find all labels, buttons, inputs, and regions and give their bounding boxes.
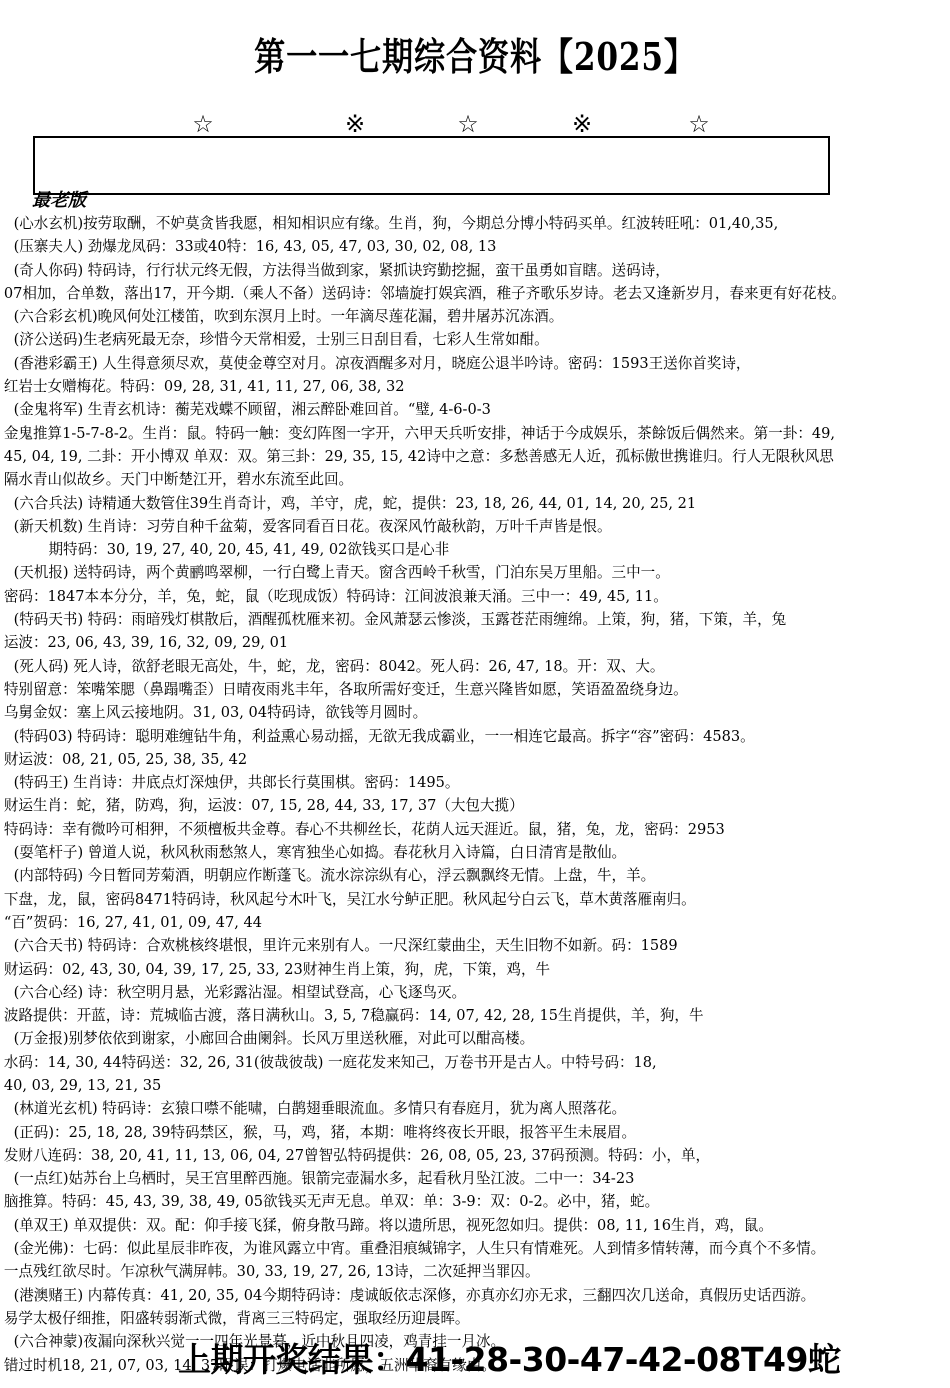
text-line: 波路提供：开蓝，诗：荒城临古渡，落日满秋山。3, 5, 7稳赢码：14, 07,… (0, 1004, 922, 1027)
text-line: (六合心经) 诗：秋空明月悬，光彩露沾湿。相望试登高，心飞逐鸟灭。 (0, 981, 922, 1004)
text-line: (特码王) 生肖诗：井底点灯深烛伊，共郎长行莫围棋。密码：1495。 (0, 771, 922, 794)
text-line: 40, 03, 29, 13, 21, 35 (0, 1074, 922, 1097)
edition-label: 最老版 (32, 190, 86, 212)
text-line: (天机报) 送特码诗，两个黄鹂鸣翠柳，一行白鹭上青天。窗含西岭千秋雪，门泊东吴万… (0, 561, 922, 584)
text-line: 易学太极仔细推，阳盛转弱渐式微，背离三三特码定，强取经历迎晨晖。 (0, 1307, 922, 1330)
text-line: “百”贺码：16, 27, 41, 01, 09, 47, 44 (0, 911, 922, 934)
text-line: (内部特码) 今日暂同芳菊酒，明朝应作断蓬飞。流水淙淙纵有心，浮云飘飘终无情。上… (0, 864, 922, 887)
star-icon: ☆ (188, 110, 218, 138)
text-line: 发财八连码：38, 20, 41, 11, 13, 06, 04, 27曾智弘特… (0, 1144, 922, 1167)
text-line: 期特码：30, 19, 27, 40, 20, 45, 41, 49, 02欲钱… (0, 538, 922, 561)
text-line: 密码：1847本本分分，羊，兔，蛇，鼠（吃现成饭）特码诗：江间波浪兼天涌。三中一… (0, 585, 922, 608)
text-line: 运波：23, 06, 43, 39, 16, 32, 09, 29, 01 (0, 631, 922, 654)
text-line: (正码)：25, 18, 28, 39特码禁区，猴，马，鸡，猪，本期：唯将终夜长… (0, 1121, 922, 1144)
text-line: (金光佛)：七码：似此星辰非昨夜，为谁风露立中宵。重叠泪痕缄锦字，人生只有情难死… (0, 1237, 922, 1260)
star-icon: ☆ (453, 110, 483, 138)
text-line: (一点红)姑苏台上乌栖时，吴王宫里醉西施。银箭完壶漏水多，起看秋月坠江波。二中一… (0, 1167, 922, 1190)
text-line: 财运码：02, 43, 30, 04, 39, 17, 25, 33, 23财神… (0, 958, 922, 981)
text-line: (万金报)别梦依依到谢家，小廊回合曲阑斜。长风万里送秋雁，对此可以酣高楼。 (0, 1027, 922, 1050)
text-line: (林道光玄机) 特码诗：玄猿口噤不能啸，白鹊翅垂眼流血。多情只有春庭月，犹为离人… (0, 1097, 922, 1120)
text-line: 07相加，合单数，落出17，开今期.（乘人不备）送码诗：邻墙旋打娱宾酒，稚子齐歌… (0, 282, 922, 305)
text-line: 金鬼推算1-5-7-8-2。生肖：鼠。特码一触：变幻阵图一字开，六甲天兵听安排，… (0, 422, 922, 445)
text-line: (奇人你码) 特码诗，行行状元终无假，方法得当做到家，紧抓诀窍勤挖掘，蛮干虽勇如… (0, 259, 922, 282)
text-line: (特码03) 特码诗：聪明难缠钻牛角，利益熏心易动摇，无欲无我成霸业，一一相连它… (0, 725, 922, 748)
text-line: 一点残红欲尽时。乍凉秋气满屏帏。30, 33, 19, 27, 26, 13诗，… (0, 1260, 922, 1283)
text-line: (特码天书) 特码：雨暗残灯棋散后，酒醒孤枕雁来初。金风萧瑟云惨淡，玉露苍茫雨缠… (0, 608, 922, 631)
text-line: 脑推算。特码：45, 43, 39, 38, 49, 05欲钱买无声无息。单双：… (0, 1190, 922, 1213)
text-line: 红岩士女赠梅花。特码：09, 28, 31, 41, 11, 27, 06, 3… (0, 375, 922, 398)
text-line: (压寨夫人) 劲爆龙凤码：33或40特：16, 43, 05, 47, 03, … (0, 235, 922, 258)
text-line: (济公送码)生老病死最无奈，珍惜今天常相爱，士别三日刮目看，七彩人生常如酣。 (0, 328, 922, 351)
text-line: (金鬼将军) 生青玄机诗：蘅芜戏蝶不顾留，湘云醉卧难回首。“璧, 4-6-0-3 (0, 398, 922, 421)
text-line: (单双王) 单双提供：双。配：仰手接飞猱，俯身散马蹄。将以遗所思，视死忽如归。提… (0, 1214, 922, 1237)
text-line: 财运生肖：蛇，猪，防鸡，狗，运波：07, 15, 28, 44, 33, 17,… (0, 794, 922, 817)
text-line: (新天机数) 生肖诗：习劳自种千盆菊，爱客同看百日花。夜深风竹敲秋韵，万叶千声皆… (0, 515, 922, 538)
text-line: (香港彩霸王) 人生得意须尽欢，莫使金尊空对月。凉夜酒醒多对月，晓庭公退半吟诗。… (0, 352, 922, 375)
text-line: 特别留意：笨嘴笨腮（鼻蹋嘴歪）日晴夜雨兆丰年，各取所需好变迁，生意兴隆皆如愿，笑… (0, 678, 922, 701)
text-line: 隔水青山似故乡。天门中断楚江开，碧水东流至此回。 (0, 468, 922, 491)
text-line: (耍笔杆子) 曾道人说，秋风秋雨愁煞人，寒宵独坐心如捣。春花秋月入诗篇，白日清宵… (0, 841, 922, 864)
page-title: 第一一七期综合资料【2025】 (86, 32, 865, 82)
text-line: (六合兵法) 诗精通大数管住39生肖奇计，鸡，羊守，虎，蛇，提供：23, 18,… (0, 492, 922, 515)
text-line: 水码：14, 30, 44特码送：32, 26, 31(彼哉彼哉) 一庭花发来知… (0, 1051, 922, 1074)
decoration-row: ☆ ※ ☆ ※ ☆ (0, 110, 950, 138)
text-line: (六合彩玄机)晚风何处江楼笛，吹到东溟月上时。一年滴尽莲花漏，碧井屠苏沉冻酒。 (0, 305, 922, 328)
star-icon: ☆ (684, 110, 714, 138)
text-line: 乌舅金奴：塞上风云接地阴。31, 03, 04特码诗，欲钱等月圆时。 (0, 701, 922, 724)
text-line: (死人码) 死人诗，欲舒老眼无高处，牛，蛇，龙，密码：8042。死人码：26, … (0, 655, 922, 678)
text-line: 45, 04, 19, 二卦：开小博双 单双：双。第三卦：29, 35, 15,… (0, 445, 922, 468)
text-line: (港澳赌王) 内幕传真：41, 20, 35, 04今期特码诗：虔诚皈依志深修，… (0, 1284, 922, 1307)
last-result-overlay: 上期开奖结果：41-28-30-47-42-08T49蛇 (178, 1340, 840, 1380)
reference-mark-icon: ※ (340, 110, 370, 138)
text-line: (六合天书) 特码诗：合欢桃核终堪恨，里许元来别有人。一尺深红蒙曲尘，天生旧物不… (0, 934, 922, 957)
reference-mark-icon: ※ (567, 110, 597, 138)
text-line: 财运波：08, 21, 05, 25, 38, 35, 42 (0, 748, 922, 771)
content-body: (心水玄机)按劳取酬，不妒莫贪皆我愿，相知相识应有缘。生肖，狗，今期总分博小特码… (0, 212, 950, 1377)
last-result-numbers: 41-28-30-47-42-08T49蛇 (406, 1340, 841, 1379)
text-line: (心水玄机)按劳取酬，不妒莫贪皆我愿，相知相识应有缘。生肖，狗，今期总分博小特码… (0, 212, 922, 235)
last-result-label: 上期开奖结果： (178, 1340, 406, 1379)
banner-box (33, 136, 830, 195)
text-line: 下盘，龙，鼠，密码8471特码诗，秋风起兮木叶飞，吴江水兮鲈正肥。秋风起兮白云飞… (0, 888, 922, 911)
text-line: 特码诗：幸有微吟可相狎，不须檀板共金尊。春心不共柳丝长，花荫人远天涯近。鼠，猪，… (0, 818, 922, 841)
